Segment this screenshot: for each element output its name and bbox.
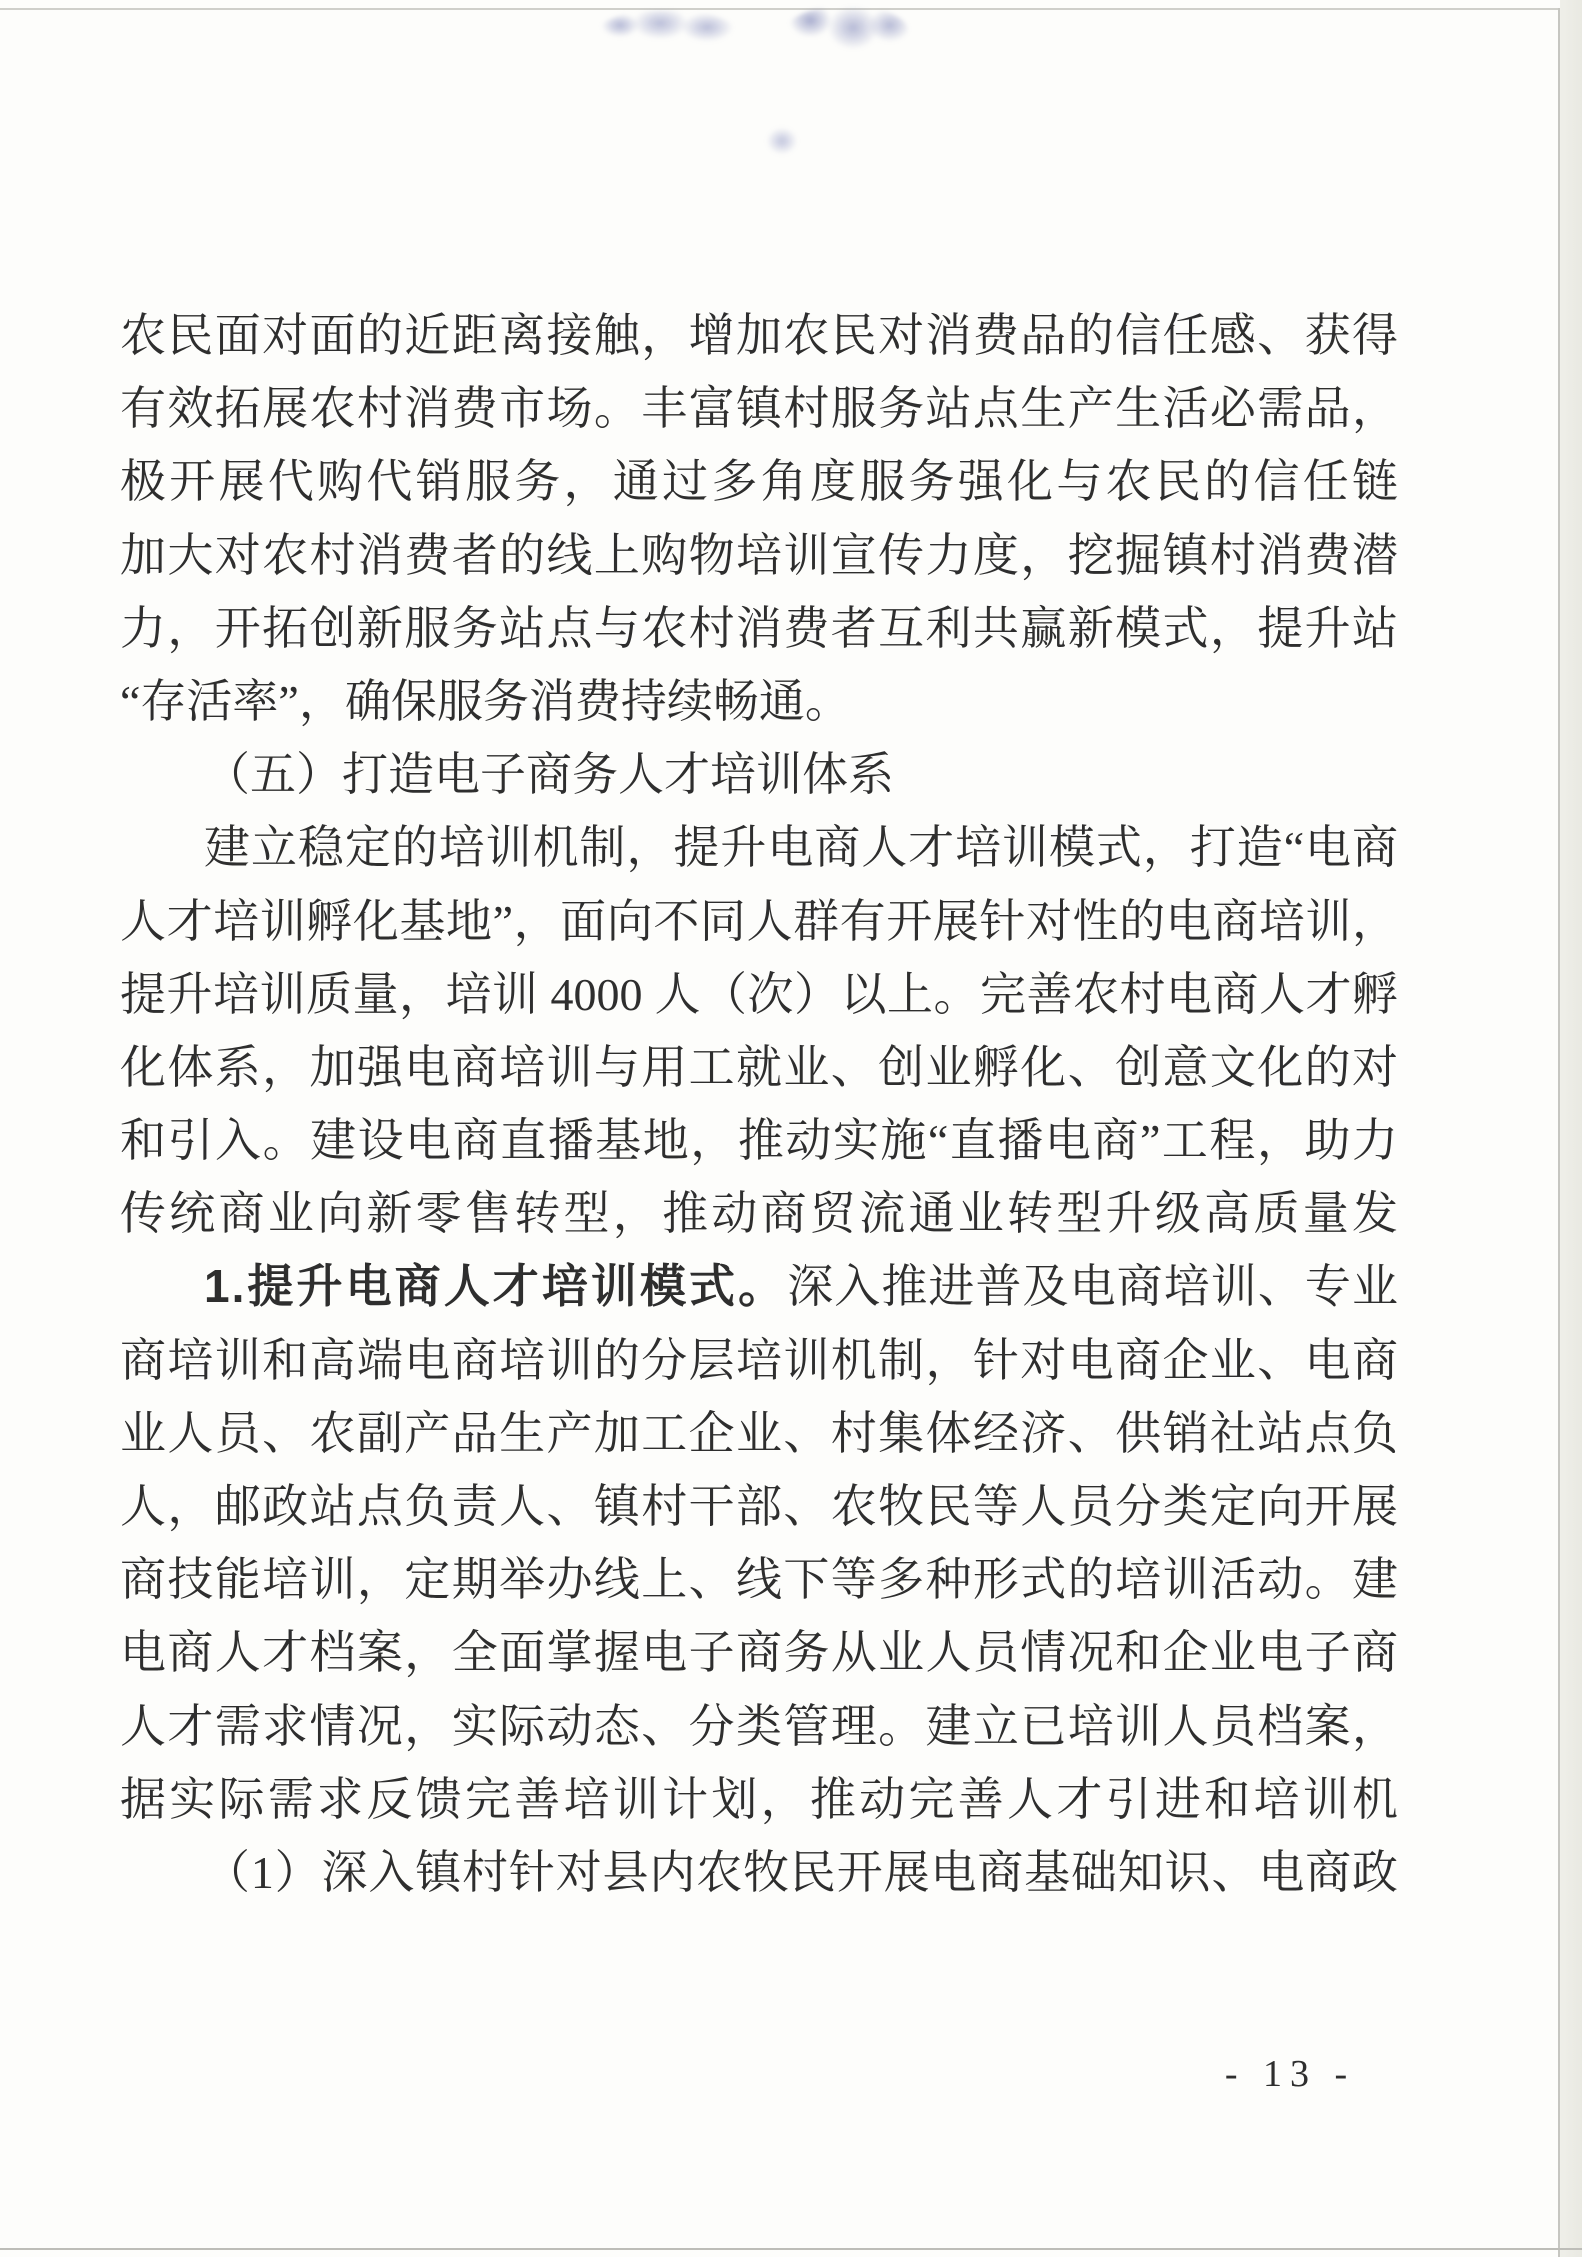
text-line: 极开展代购代销服务，通过多角度服务强化与农民的信任链接，	[120, 445, 1398, 518]
numbered-item-line: 1.提升电商人才培训模式。深入推进普及电商培训、专业电	[120, 1250, 1398, 1323]
scan-edge-top	[0, 8, 1560, 10]
numbered-item-line: （1）深入镇村针对县内农牧民开展电商基础知识、电商政	[120, 1836, 1398, 1909]
text-run: 人才培训孵化基地”，面向不同人群有开展针对性的电商培训，	[120, 896, 1398, 947]
ink-bleed-smudge	[758, 120, 806, 162]
text-line: 人才培训孵化基地”，面向不同人群有开展针对性的电商培训，	[120, 885, 1398, 958]
text-run: 人才需求情况，实际动态、分类管理。建立已培训人员档案，根	[120, 1701, 1398, 1763]
text-run: 化体系，加强电商培训与用工就业、创业孵化、创意文化的对接	[120, 1042, 1398, 1104]
text-line: 力，开拓创新服务站点与农村消费者互利共赢新模式，提升站点	[120, 592, 1398, 665]
ink-bleed-smudge	[786, 6, 908, 54]
text-run: 商培训和高端电商培训的分层培训机制，针对电商企业、电商从	[120, 1335, 1398, 1397]
section-heading-line: （五）打造电子商务人才培训体系	[120, 738, 1398, 811]
text-run: 有效拓展农村消费市场。丰富镇村服务站点生产生活必需品，积	[120, 383, 1398, 445]
text-run: 力，开拓创新服务站点与农村消费者互利共赢新模式，提升站点	[120, 603, 1398, 665]
text-run: 加大对农村消费者的线上购物培训宣传力度，挖掘镇村消费潜	[120, 530, 1398, 581]
text-line: 提升培训质量，培训 4000 人（次）以上。完善农村电商人才孵	[120, 958, 1398, 1031]
scan-edge-right-band	[1560, 0, 1582, 2257]
text-line: 商培训和高端电商培训的分层培训机制，针对电商企业、电商从	[120, 1324, 1398, 1397]
text-line: 业人员、农副产品生产加工企业、村集体经济、供销社站点负责	[120, 1397, 1398, 1470]
scanned-document-page: 农民面对面的近距离接触，增加农民对消费品的信任感、获得感。 有效拓展农村消费市场…	[0, 0, 1582, 2257]
text-run: （五）打造电子商务人才培训体系	[204, 749, 894, 800]
text-run: “存活率”，确保服务消费持续畅通。	[120, 676, 851, 727]
text-line: 有效拓展农村消费市场。丰富镇村服务站点生产生活必需品，积	[120, 372, 1398, 445]
text-line: 人，邮政站点负责人、镇村干部、农牧民等人员分类定向开展电	[120, 1470, 1398, 1543]
text-line: 据实际需求反馈完善培训计划，推动完善人才引进和培训机制。	[120, 1763, 1398, 1836]
text-line: 传统商业向新零售转型，推动商贸流通业转型升级高质量发展。	[120, 1177, 1398, 1250]
text-run: 商技能培训，定期举办线上、线下等多种形式的培训活动。建立	[120, 1554, 1398, 1616]
page-number: - 13 -	[1180, 2048, 1400, 2100]
scan-edge-right-line	[1558, 8, 1560, 2257]
document-body: 农民面对面的近距离接触，增加农民对消费品的信任感、获得感。 有效拓展农村消费市场…	[120, 299, 1398, 1909]
bold-run: 1.提升电商人才培训模式。	[204, 1260, 787, 1312]
text-line: 加大对农村消费者的线上购物培训宣传力度，挖掘镇村消费潜	[120, 519, 1398, 592]
text-line: 电商人才档案，全面掌握电子商务从业人员情况和企业电子商务	[120, 1616, 1398, 1689]
text-run: 人，邮政站点负责人、镇村干部、农牧民等人员分类定向开展电	[120, 1481, 1398, 1543]
scan-edge-bottom	[0, 2248, 1582, 2250]
text-run: 据实际需求反馈完善培训计划，推动完善人才引进和培训机制。	[120, 1774, 1398, 1836]
ink-bleed-smudge	[600, 10, 734, 48]
text-line: 商技能培训，定期举办线上、线下等多种形式的培训活动。建立	[120, 1543, 1398, 1616]
text-line: 建立稳定的培训机制，提升电商人才培训模式，打造“电商	[120, 811, 1398, 884]
text-run: （1）深入镇村针对县内农牧民开展电商基础知识、电商政	[204, 1847, 1398, 1898]
text-run: 和引入。建设电商直播基地，推动实施“直播电商”工程，助力	[120, 1115, 1398, 1166]
text-run: 业人员、农副产品生产加工企业、村集体经济、供销社站点负责	[120, 1408, 1398, 1470]
text-line: 农民面对面的近距离接触，增加农民对消费品的信任感、获得感。	[120, 299, 1398, 372]
text-line: “存活率”，确保服务消费持续畅通。	[120, 665, 1398, 738]
text-run: 农民面对面的近距离接触，增加农民对消费品的信任感、获得感。	[120, 310, 1398, 372]
text-run: 传统商业向新零售转型，推动商贸流通业转型升级高质量发展。	[120, 1188, 1398, 1250]
text-line: 人才需求情况，实际动态、分类管理。建立已培训人员档案，根	[120, 1690, 1398, 1763]
text-line: 化体系，加强电商培训与用工就业、创业孵化、创意文化的对接	[120, 1031, 1398, 1104]
text-run: 建立稳定的培训机制，提升电商人才培训模式，打造“电商	[204, 822, 1398, 873]
text-run: 电商人才档案，全面掌握电子商务从业人员情况和企业电子商务	[120, 1627, 1398, 1689]
text-run: 极开展代购代销服务，通过多角度服务强化与农民的信任链接，	[120, 456, 1398, 518]
text-run: 提升培训质量，培训 4000 人（次）以上。完善农村电商人才孵	[120, 969, 1398, 1020]
text-line: 和引入。建设电商直播基地，推动实施“直播电商”工程，助力	[120, 1104, 1398, 1177]
